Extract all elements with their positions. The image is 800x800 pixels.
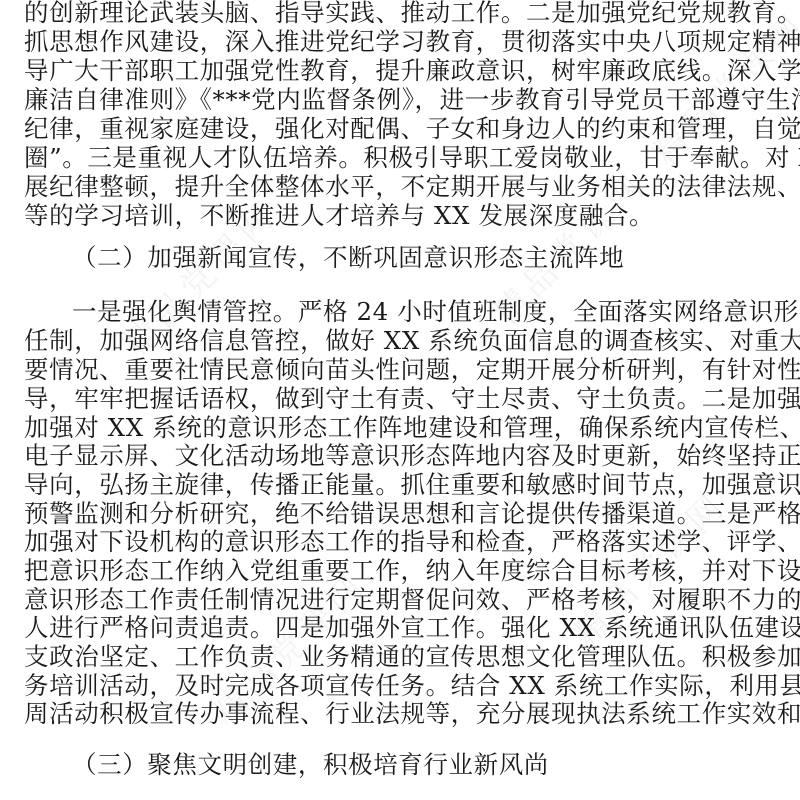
paragraph-line: 加强对下设机构的意识形态工作的指导和检查，严格落实述学、评学、考学制度， (24, 527, 776, 556)
paragraph-line: 纪律，重视家庭建设，强化对配偶、子女和身边人的约束和管理，自觉净化“三 (24, 114, 776, 143)
paragraph-line: 意识形态工作责任制情况进行定期督促问效、严格考核，对履职不力的单位和个 (24, 585, 776, 614)
paragraph-line: 一是强化舆情管控。严格 24 小时值班制度，全面落实网络意识形态工作责 (72, 297, 776, 326)
paragraph-line: 周活动积极宣传办事流程、行业法规等，充分展现执法系统工作实效和良好形象。 (24, 699, 776, 728)
paragraph-line: 把意识形态工作纳入党组重要工作，纳入年度综合目标考核，并对下设机构落实 (24, 556, 776, 585)
paragraph-line: 任制，加强网络信息管控，做好 XX 系统负面信息的调查核实、对重大事件、重 (24, 326, 776, 355)
paragraph-line: 加强对 XX 系统的意识形态工作阵地建设和管理，确保系统内宣传栏、广告牌、 (24, 413, 776, 442)
paragraph-line: 廉洁自律准则》《***党内监督条例》，进一步教育引导党员干部遵守生活作风 (24, 85, 776, 114)
paragraph-line: 的创新理论武装头脑、指导实践、推动工作。二是加强党纪党规教育。局党组狠 (24, 0, 776, 27)
paragraph-line: 圈”。三是重视人才队伍培养。积极引导职工爱岗敬业，甘于奉献。对 XX 队伍开 (24, 143, 776, 172)
document-page: 精品党课网 精品党课网 精品党课网 精品党课网 精品党课网 的创新理论武装头脑、… (0, 0, 800, 800)
paragraph-line: 导广大干部职工加强党性教育，提升廉政意识，树牢廉政底线。深入学习《*** (24, 56, 776, 85)
paragraph-line: 等的学习培训，不断推进人才培养与 XX 发展深度融合。 (24, 201, 776, 230)
paragraph-line: 展纪律整顿，提升全体整体水平，不定期开展与业务相关的法律法规、规章制度 (24, 172, 776, 201)
paragraph-line: 支政治坚定、工作负责、业务精通的宣传思想文化管理队伍。积极参加通讯员业 (24, 642, 776, 671)
section-heading-2: （二）加强新闻宣传，不断巩固意识形态主流阵地 (72, 243, 624, 272)
paragraph-line: 抓思想作风建设，深入推进党纪学习教育，贯彻落实中央八项规定精神，教育引 (24, 27, 776, 56)
section-heading-3: （三）聚焦文明创建，积极培育行业新风尚 (72, 750, 549, 779)
paragraph-line: 导向，弘扬主旋律，传播正能量。抓住重要和敏感时间节点，加强意识形态安全 (24, 470, 776, 499)
paragraph-line: 电子显示屏、文化活动场地等意识形态阵地内容及时更新，始终坚持正确方向和 (24, 441, 776, 470)
paragraph-line: 务培训活动，及时完成各项宣传任务。结合 XX 系统工作实际，利用县专题宣传 (24, 671, 776, 700)
paragraph-line: 导，牢牢把握话语权，做到守土有责、守土尽责、守土负责。二是加强阵地建设。 (24, 384, 776, 413)
paragraph-line: 人进行严格问责追责。四是加强外宣工作。强化 XX 系统通讯队伍建设，打造一 (24, 613, 776, 642)
paragraph-line: 要情况、重要社情民意倾向苗头性问题，定期开展分析研判，有针对性地进行引 (24, 355, 776, 384)
paragraph-line: 预警监测和分析研究，绝不给错误思想和言论提供传播渠道。三是严格考核问责。 (24, 499, 776, 528)
